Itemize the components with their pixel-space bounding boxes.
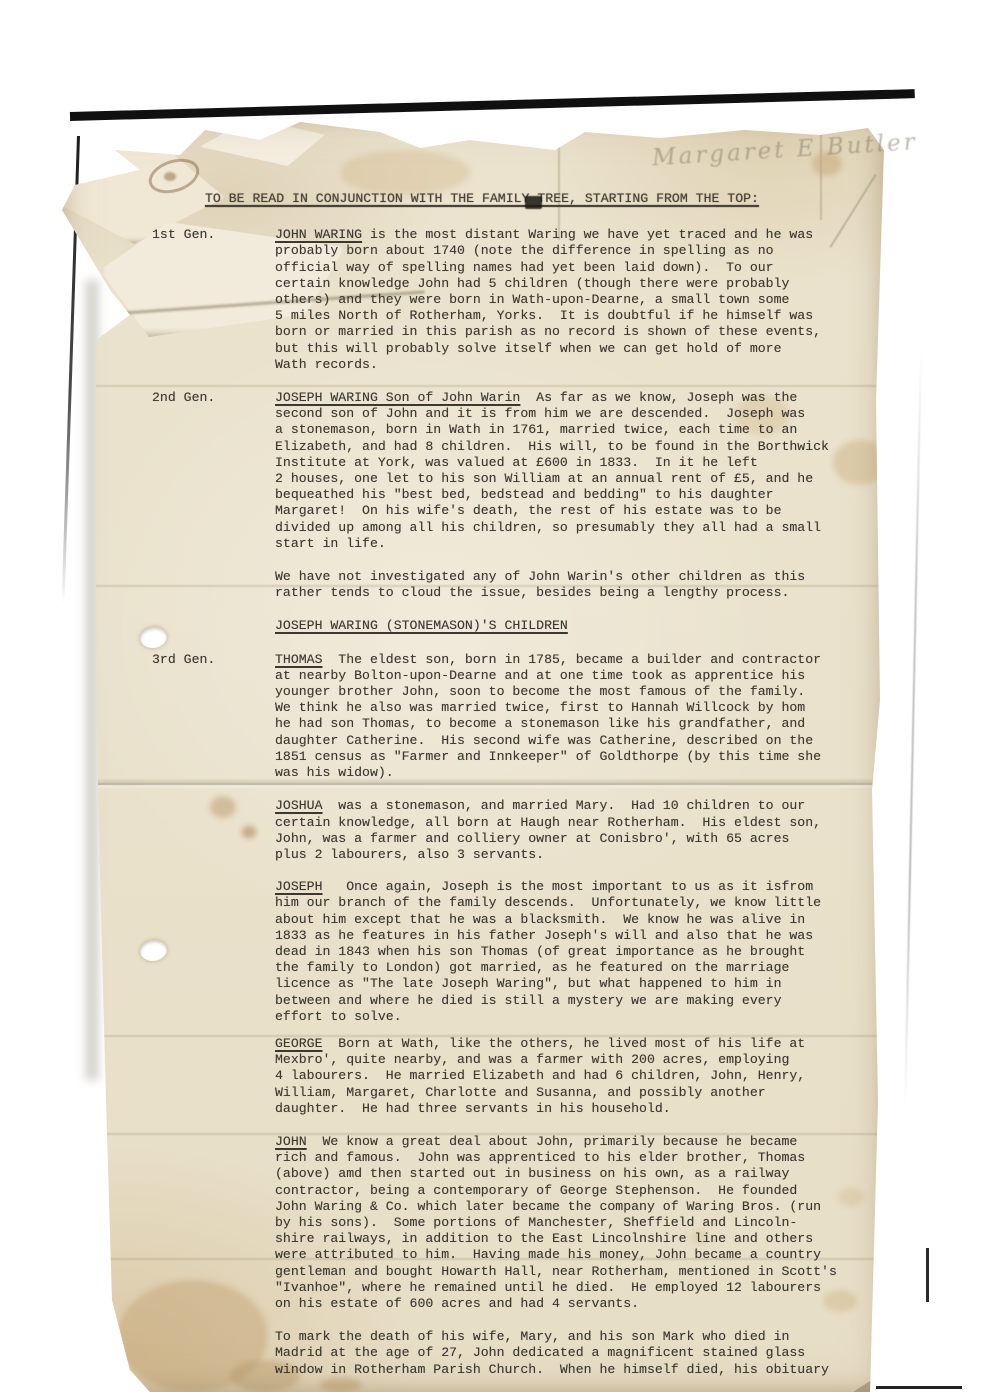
paragraph-text: We have not investigated any of John War…: [152, 569, 867, 601]
section-3rd-gen-thomas: 3rd Gen.THOMAS The eldest son, born in 1…: [152, 652, 864, 782]
section-note: We have not investigated any of John War…: [152, 569, 864, 601]
photo-frame-corner-line: [926, 1248, 929, 1302]
paragraph-lead: THOMAS: [275, 652, 322, 667]
paragraph-body: Born at Wath, like the others, he lived …: [275, 1036, 805, 1116]
paragraph-body: We know a great deal about John, primari…: [275, 1134, 837, 1311]
section-george: GEORGE Born at Wath, like the others, he…: [152, 1036, 864, 1117]
photo-frame-right-edge: [904, 352, 922, 1108]
paragraph-text: JOSEPH WARING Son of John Warin As far a…: [152, 390, 867, 552]
section-1st-gen: 1st Gen.JOHN WARING is the most distant …: [152, 227, 864, 373]
paragraph-body: Once again, Joseph is the most important…: [275, 879, 821, 1024]
paragraph-body: As far as we know, Joseph was the second…: [275, 390, 829, 551]
paragraph-text: JOSHUA was a stonemason, and married Mar…: [152, 798, 867, 863]
paragraph-lead: JOSEPH WARING Son of John Warin: [275, 390, 520, 405]
paragraph-text: JOHN We know a great deal about John, pr…: [152, 1134, 867, 1312]
typewritten-text: TO BE READ IN CONJUNCTION WITH THE FAMIL…: [152, 191, 864, 1378]
paragraph-body: To mark the death of his wife, Mary, and…: [275, 1329, 829, 1376]
paragraph-body: We have not investigated any of John War…: [275, 569, 805, 600]
generation-label: 1st Gen.: [152, 227, 215, 243]
generation-label: 3rd Gen.: [152, 652, 215, 668]
paragraph-text: JOHN WARING is the most distant Waring w…: [152, 227, 867, 373]
paragraph-lead: JOSEPH: [275, 879, 322, 894]
section-closing: To mark the death of his wife, Mary, and…: [152, 1329, 864, 1378]
paragraph-lead: JOHN WARING: [275, 227, 362, 242]
scanned-document-page: Margaret E Butler TO BE READ IN CONJUNCT…: [0, 0, 1000, 1392]
section-subheading: JOSEPH WARING (STONEMASON)'S CHILDREN: [275, 618, 864, 634]
section-joshua: JOSHUA was a stonemason, and married Mar…: [152, 798, 864, 863]
typewriter-overstrike-blotch: [525, 196, 542, 209]
section-2nd-gen: 2nd Gen.JOSEPH WARING Son of John Warin …: [152, 390, 864, 552]
paragraph-lead: JOHN: [275, 1134, 307, 1149]
paragraph-body: is the most distant Waring we have yet t…: [275, 227, 821, 372]
paragraph-body: The eldest son, born in 1785, became a b…: [275, 652, 821, 780]
paragraph-lead: GEORGE: [275, 1036, 322, 1051]
section-joseph: JOSEPH Once again, Joseph is the most im…: [152, 879, 864, 1025]
generation-label: 2nd Gen.: [152, 390, 215, 406]
paragraph-text: To mark the death of his wife, Mary, and…: [152, 1329, 867, 1378]
photo-frame-top-edge: [70, 89, 915, 121]
paragraph-body: was a stonemason, and married Mary. Had …: [275, 798, 821, 862]
paragraph-text: JOSEPH Once again, Joseph is the most im…: [152, 879, 867, 1025]
photo-frame-bottom-line: [876, 1386, 962, 1389]
paragraph-text: THOMAS The eldest son, born in 1785, bec…: [152, 652, 867, 782]
paragraph-lead: JOSHUA: [275, 798, 322, 813]
paragraph-text: GEORGE Born at Wath, like the others, he…: [152, 1036, 867, 1117]
section-john: JOHN We know a great deal about John, pr…: [152, 1134, 864, 1312]
